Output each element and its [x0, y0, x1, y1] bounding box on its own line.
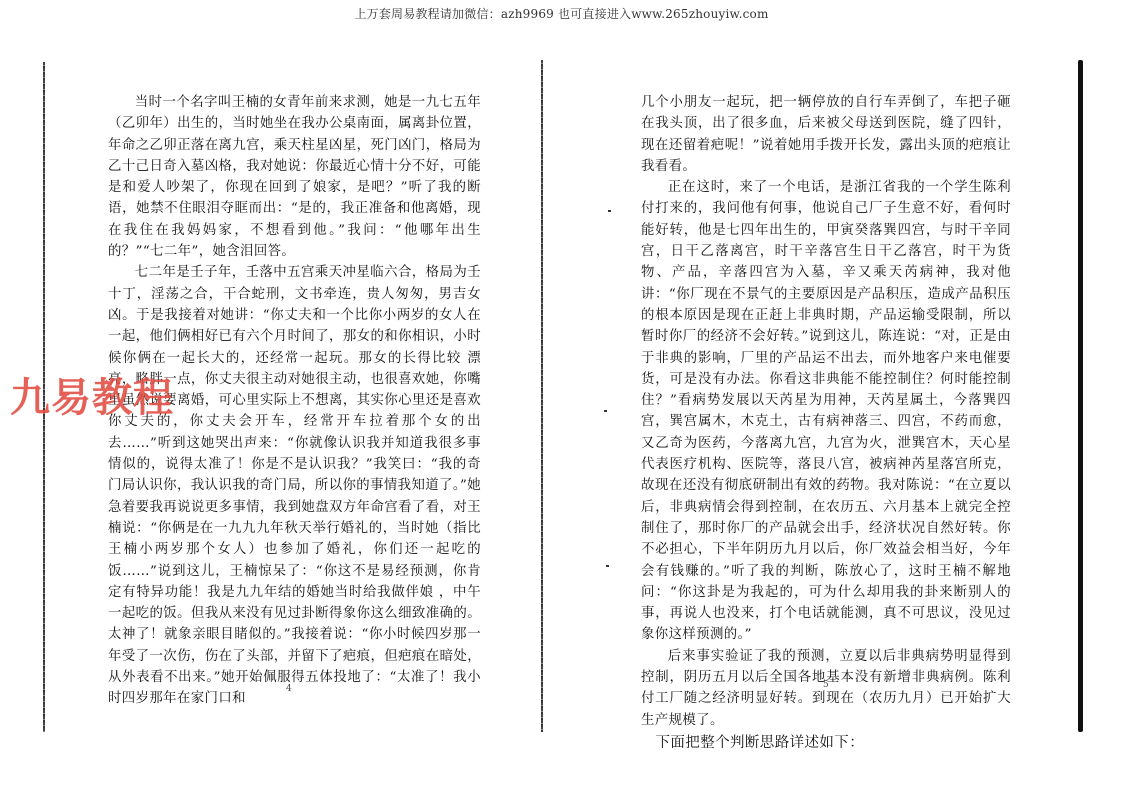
- paragraph: 七二年是壬子年，壬落中五宫乘天冲星临六合，格局为壬十丁，淫荡之合，干合蛇刑，文书…: [108, 262, 481, 709]
- page-number: 5: [823, 680, 829, 690]
- paragraph: 几个小朋友一起玩，把一辆停放的自行车弄倒了，车把子砸在我头顶，出了很多血，后来被…: [641, 92, 1011, 177]
- watermark-banner: 上万套周易教程请加微信：azh9969 也可直接进入www.265zhouyiw…: [0, 5, 1123, 22]
- page-number: 4: [286, 684, 292, 694]
- scan-speck: [606, 565, 609, 567]
- right-page-edge: [1078, 60, 1083, 732]
- scan-speck: [608, 210, 611, 212]
- watermark-logo: 九易教程: [10, 376, 174, 420]
- right-page: 几个小朋友一起玩，把一辆停放的自行车弄倒了，车把子砸在我头顶，出了很多血，后来被…: [641, 92, 1011, 754]
- paragraph: 正在这时，来了一个电话，是浙江省我的一个学生陈利付打来的，我问他有何事，他说自己…: [641, 177, 1011, 646]
- scan-speck: [604, 410, 607, 412]
- paragraph: 当时一个名字叫王楠的女青年前来求测，她是一九七五年（乙卯年）出生的，当时她坐在我…: [108, 92, 481, 262]
- book-spine: [541, 60, 543, 732]
- section-heading: 下面把整个判断思路详述如下：: [641, 733, 1011, 754]
